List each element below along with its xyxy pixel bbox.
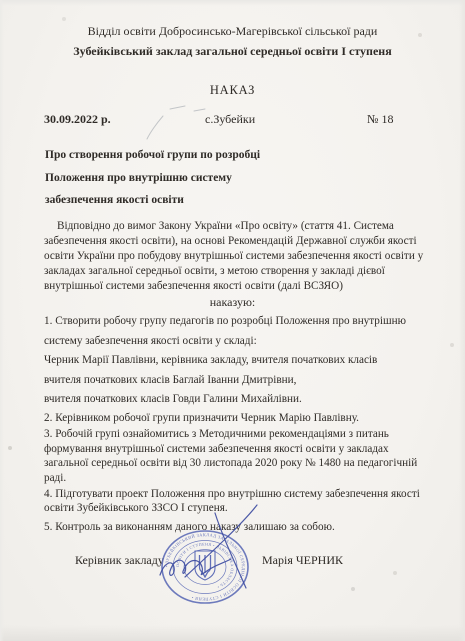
doc-type-title: НАКАЗ (0, 83, 465, 98)
order-date: 30.09.2022 р. (44, 112, 111, 127)
order-subject: Про створення робочої групи по розробці … (45, 144, 345, 212)
order-item-3: 3. Робочій групі ознайомитись з Методичн… (44, 427, 458, 485)
document-page: Відділ освіти Добросинсько-Магерівської … (0, 0, 465, 641)
header-institution: Зубейківський заклад загальної середньої… (0, 44, 465, 59)
scan-edge-top (0, 0, 465, 6)
order-item-2: 2. Керівником робочої групи призначити Ч… (44, 409, 458, 429)
official-seal: • ЗУБЕЙКІВСЬКИЙ ЗАКЛАД ЗАГАЛЬНОЇ СЕРЕДНЬ… (130, 493, 290, 628)
pencil-mark (130, 100, 230, 148)
order-item-1: 1. Створити робочу групу педагогів по ро… (44, 312, 458, 410)
order-number: № 18 (367, 112, 393, 127)
scan-speckles (0, 0, 2, 2)
resolution-word: наказую: (0, 295, 465, 310)
header-department: Відділ освіти Добросинсько-Магерівської … (0, 24, 465, 39)
intro-paragraph: Відповідно до вимог Закону України «Про … (44, 219, 456, 294)
